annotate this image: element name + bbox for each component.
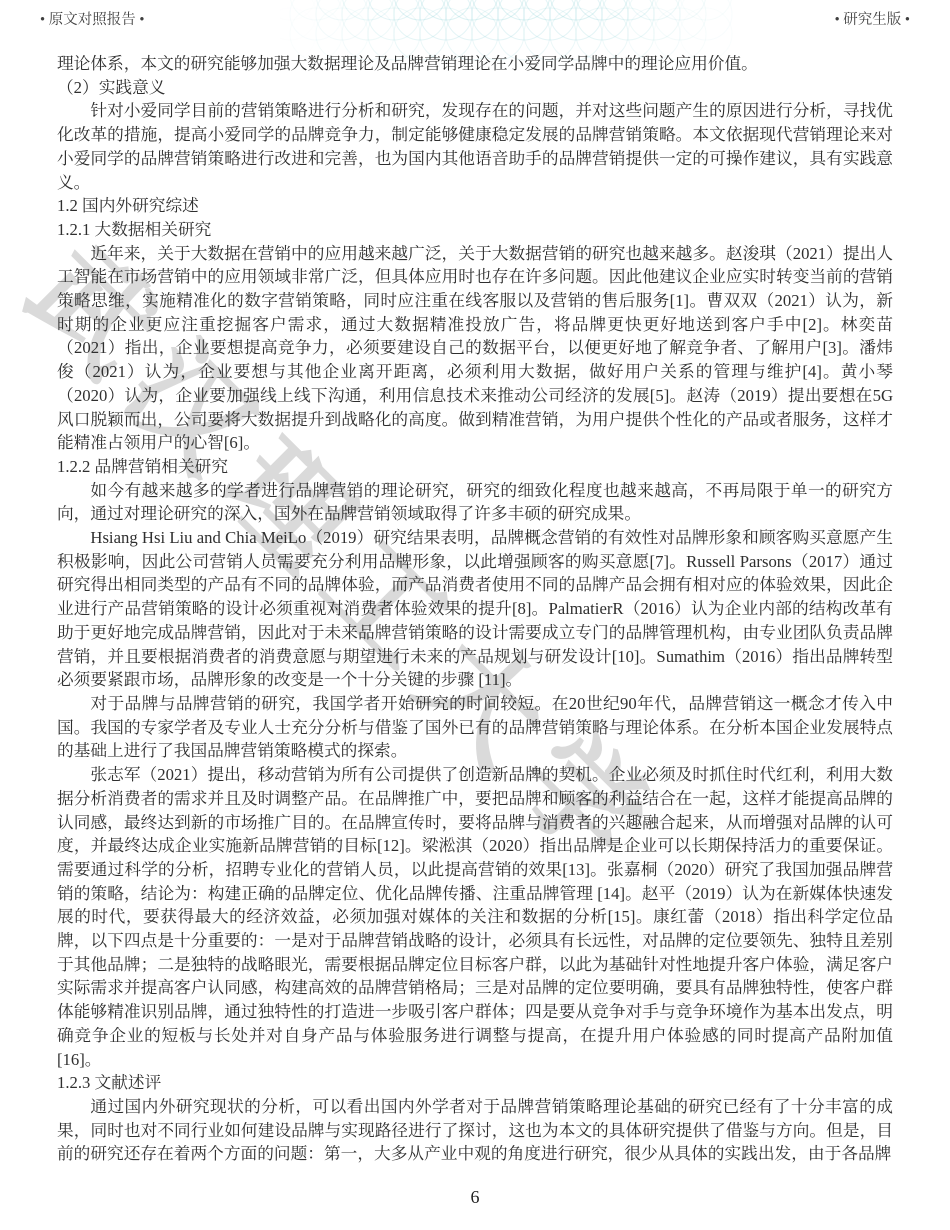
page-header: • 原文对照报告 • • 研究生版 •	[40, 8, 910, 29]
paragraph: 理论体系，本文的研究能够加强大数据理论及品牌营销理论在小爱同学品牌中的理论应用价…	[57, 52, 893, 76]
page: 武汉理工大学 • 原文对照报告 • • 研究生版 • 理论体系，本文的研究能够加…	[0, 0, 950, 1230]
paragraph: 通过国内外研究现状的分析，可以看出国内外学者对于品牌营销策略理论基础的研究已经有…	[57, 1095, 893, 1166]
paragraph: Hsiang Hsi Liu and Chia MeiLo（2019）研究结果表…	[57, 526, 893, 692]
section-heading: 1.2.3 文献述评	[57, 1071, 893, 1095]
paragraph: 近年来，关于大数据在营销中的应用越来越广泛，关于大数据营销的研究也越来越多。赵浚…	[57, 242, 893, 455]
paragraph: 对于品牌与品牌营销的研究，我国学者开始研究的时间较短。在20世纪90年代，品牌营…	[57, 692, 893, 763]
paragraph: 针对小爱同学目前的营销策略进行分析和研究，发现存在的问题，并对这些问题产生的原因…	[57, 99, 893, 194]
document-body: 理论体系，本文的研究能够加强大数据理论及品牌营销理论在小爱同学品牌中的理论应用价…	[57, 52, 893, 1166]
paragraph: 如今有越来越多的学者进行品牌营销的理论研究，研究的细致化程度也越来越高，不再局限…	[57, 479, 893, 526]
section-heading: 1.2.1 大数据相关研究	[57, 218, 893, 242]
header-right-label: • 研究生版 •	[835, 8, 910, 29]
paragraph: 张志军（2021）提出，移动营销为所有公司提供了创造新品牌的契机。企业必须及时抓…	[57, 763, 893, 1071]
header-left-label: • 原文对照报告 •	[40, 8, 144, 29]
section-heading: 1.2 国内外研究综述	[57, 194, 893, 218]
page-number: 6	[0, 1187, 950, 1208]
paragraph: （2）实践意义	[57, 76, 893, 100]
section-heading: 1.2.2 品牌营销相关研究	[57, 455, 893, 479]
